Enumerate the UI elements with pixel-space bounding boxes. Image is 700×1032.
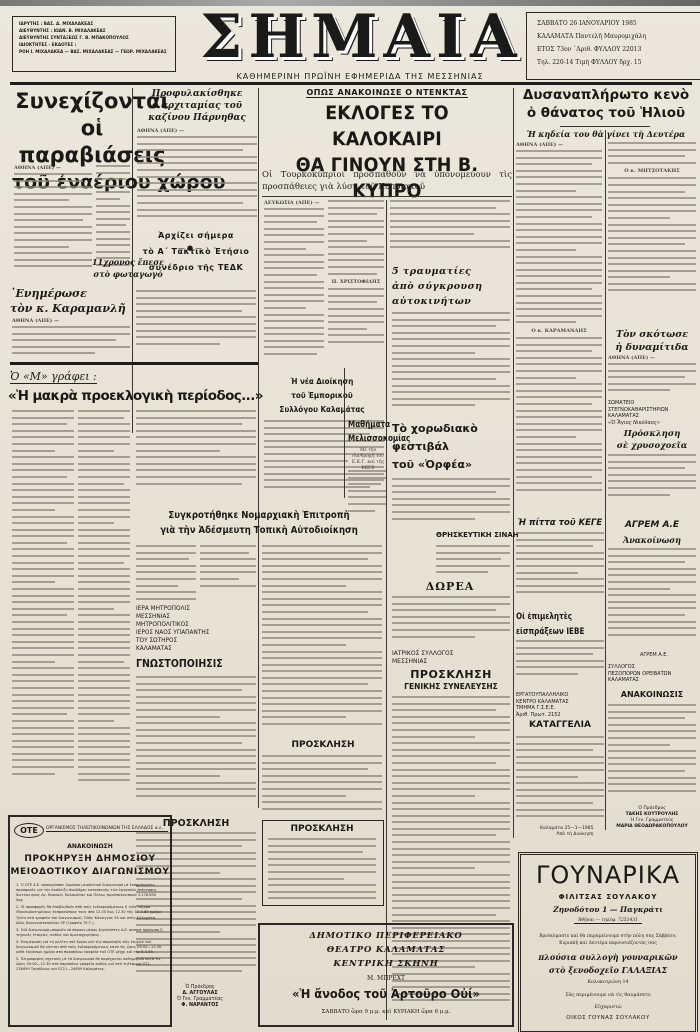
metropolis-header: ΙΕΡΑ ΜΗΤΡΟΠΟΛΙΣ ΜΕΣΣΗΝΙΑΣ ΜΗΤΡΟΠΟΛΙΤΙΚΟΣ…: [136, 605, 256, 653]
drycleaners-union: ΣΩΜΑΤΕΙΟ ΣΤΕΓΝΟΚΑΘΑΡΙΣΤΗΡΙΩΝ ΚΑΛΑΜΑΤΑΣ «…: [608, 400, 696, 426]
ote-announcement-label: ΑΝΑΚΟΙΝΩΣΗ: [10, 843, 170, 850]
theatre-play-title: «Ἡ ἄνοδος τοῦ Ἀρτοῦρο Οὐί»: [266, 987, 505, 1001]
headline-merchants: Ἡ νέα Διοίκηση τοῦ Ἐμπορικοῦ Συλλόγου Κα…: [268, 375, 376, 417]
furs-advertisement: ΓΟΥΝΑΡΙΚΑ ΦΙΛΙΤΣΑΣ ΣΟΥΛΑΚΟΥ Ζηνοδότου 1 …: [518, 852, 698, 1032]
furs-owner: ΦΙΛΙΤΣΑΣ ΣΟΥΛΑΚΟΥ: [521, 893, 695, 901]
theatre-name: ΔΗΜΟΤΙΚΟ ΠΕΡΙΦΕΡΕΙΑΚΟ ΘΕΑΤΡΟ ΚΑΛΑΜΑΤΑΣ Κ…: [260, 929, 512, 971]
headline-complaint: ΚΑΤΑΓΓΕΛΙΑ: [516, 720, 604, 730]
column-rule: [513, 88, 514, 838]
furs-title: ΓΟΥΝΑΡΙΚΑ: [521, 861, 695, 889]
headline-ilios-death: Δυσαναπλήρωτο κενὸ ὁ θάνατος τοῦ Ἡλιοῦ: [514, 86, 698, 122]
owners-label: ΙΔΙΟΚΤΗΤΕΣ - ΕΚΔΟΤΕΣ :: [19, 41, 169, 48]
article-body-goldsmiths: [608, 454, 696, 504]
article-body-choir: [392, 478, 510, 526]
headline-doctors-invitation: ΠΡΟΣΚΛΗΣΗ: [392, 668, 510, 681]
editor-line: ΔΙΕΥΘΥΝΤΗΣ ΣΥΝΤΑΞΕΩΣ Γ. Β. ΜΠΑΚΟΠΟΥΛΟΣ: [19, 34, 169, 41]
center-subhead: Οἱ Τουρκοκύπριοι προσπαθοῦν νὰ ὑπονομεύο…: [262, 169, 512, 193]
headline-donation: ΔΩΡΕΑ: [390, 580, 510, 593]
issue-number: ΕΤΟΣ 73ον ᾿Αριθ. ΦΥΛΛΟΥ 22013: [537, 43, 697, 56]
article-body-invitation-col3: [262, 755, 382, 815]
furs-phone: Ἀθῆναι — τηλέφ. 7251431: [521, 918, 695, 923]
furs-signature: ΟΙΚΟΣ ΓΟΥΝΑΣ ΣΟΥΛΑΚΟΥ: [521, 1015, 695, 1021]
article-body-casino: ΑΘΗΝΑ (ΑΠΕ) —: [137, 128, 257, 223]
director-line: ΔΙΕΥΘΥΝΤΗΣ : ΙΩΑΝ. Β. ΜΙΧΑΛΑΚΕΑΣ: [19, 27, 169, 34]
headline-religious: ΘΡΗΣΚΕΥΤΙΚΗ ΣΙΝΑΗ: [436, 531, 511, 539]
workers-center: ΕΡΓΑΤΟΥΠΑΛΛΗΛΙΚΟ ΚΕΝΤΡΟ ΚΑΛΑΜΑΤΑΣ ΤΜΗΜΑ …: [516, 692, 604, 718]
article-body-kege: [516, 532, 604, 602]
furs-thanks: Εὐχαριστώ: [521, 1005, 695, 1010]
masthead-date-box: ΣΑΒΒΑΤΟ 26 ΙΑΝΟΥΑΡΙΟΥ 1985 ΚΑΛΑΜΑΤΑ Παντ…: [526, 12, 700, 80]
mountaineers-signers: Ὁ Πρόεδρος ΤΑΚΗΣ ΚΟΥΤΡΟΥΛΗΣ Ἡ Γεν. Γραμμ…: [608, 806, 696, 830]
article-body-cyprus-3: [390, 200, 510, 260]
article-body-karamanlis: ΑΘΗΝΑ (ΑΠΕ) —: [12, 318, 130, 358]
headline-announcement: ΓΝΩΣΤΟΠΟΙΗΣΙΣ: [136, 658, 244, 670]
article-body-pre-election-2: [78, 410, 130, 800]
ote-logo: ΟΤΕ: [14, 823, 44, 838]
article-body-invitation-box: [268, 838, 376, 902]
article-body-complaint: [516, 736, 604, 826]
founder-line: ΙΔΡΥΤΗΣ : ΒΑΣ. Δ. ΜΙΧΑΛΑΚΕΑΣ: [19, 20, 169, 27]
headline-invitation-box: ΠΡΟΣΚΛΗΣΗ: [262, 824, 382, 834]
headline-agrem: ΑΓΡΕΜ Α.Ε: [608, 520, 696, 530]
issue-date: ΣΑΒΒΑΤΟ 26 ΙΑΝΟΥΑΡΙΟΥ 1985: [537, 17, 697, 30]
ote-terms: 1. Ὁ ΟΤΕ Α.Ε. προκηρύσσει δημόσιο μειοδο…: [16, 883, 164, 973]
article-body-cyprus-1: ΛΕΥΚΩΣΙΑ (ΑΠΕ) —: [264, 200, 324, 365]
doctors-subhead: ΓΕΝΙΚΗΣ ΣΥΝΕΛΕΥΣΗΣ: [392, 682, 510, 691]
doctors-association: ΙΑΤΡΙΚΟΣ ΣΥΛΛΟΓΟΣ ΜΕΣΣΗΝΙΑΣ: [392, 650, 510, 666]
article-body-mountaineers: [608, 704, 696, 804]
section-rule: [560, 126, 650, 127]
section-rule: [10, 362, 258, 365]
furs-invite: Σᾶς περιμένουμε νὰ τὶς θαυμάσετε: [521, 993, 695, 998]
column-rule: [605, 130, 606, 830]
article-body-committee: [136, 545, 196, 605]
article-body-metropolis: [136, 676, 256, 806]
article-body-pre-election: [12, 410, 74, 800]
headline-ieve: Οἱ ἐπιμελητὲς εἰσπράξεων ΙΕΒΕ: [516, 610, 591, 640]
column-rule: [386, 200, 387, 1020]
theatre-schedule: ΣΑΒΒΑΤΟ ὥρα 9 μ.μ. καὶ ΚΥΡΙΑΚΗ ὥρα 6 μ.μ…: [260, 1009, 512, 1015]
newspaper-title: ΣΗΜΑΙΑ: [200, 6, 520, 68]
column-kicker: Ὁ «Μ» γράφει :: [10, 370, 97, 384]
article-body-committee-2: [200, 545, 256, 605]
headline-karamanlis: ᾿Ενημέρωσε τὸν κ. Καραμανλῆ: [10, 286, 130, 316]
owners-line: ΡΟΗ Ι. ΜΙΧΑΛΑΚΕΑ — ΒΑΣ. ΜΙΧΑΛΑΚΕΑΣ — ΓΕΩ…: [19, 48, 169, 55]
article-body-agrem: [608, 548, 696, 648]
headline-traffic: 5 τραυματίες ἀπὸ σύγκρουση αὐτοκινήτων: [392, 264, 510, 309]
article-body-ieve: [516, 640, 604, 685]
agrem-signature: ΑΓΡΕΜ Α.Ε.: [640, 652, 668, 658]
column-rule: [344, 368, 345, 498]
ote-organization: ΟΡΓΑΝΙΣΜΟΣ ΤΗΛΕΠΙΚΟΙΝΩΝΙΩΝ ΤΗΣ ΕΛΛΑΔΟΣ α…: [46, 826, 168, 832]
furs-address: Ζηνοδότου 1 — Παγκράτι: [521, 905, 695, 914]
furs-intro: Βρισκόμαστε καὶ θὰ παραμείνουμε στὴν πόλ…: [533, 933, 683, 947]
newspaper-subtitle: ΚΑΘΗΜΕΡΙΝΗ ΠΡΩΪΝΗ ΕΦΗΜΕΡΙΔΑ ΤΗΣ ΜΕΣΣΗΝΙΑ…: [200, 72, 520, 81]
headline-mountaineers-notice: ΑΝΑΚΟΙΝΩΣΙΣ: [608, 690, 696, 699]
headline-pre-election: «Ἡ μακρὰ προεκλογικὴ περίοδος...»: [8, 388, 258, 404]
theatre-advertisement: ΔΗΜΟΤΙΚΟ ΠΕΡΙΦΕΡΕΙΑΚΟ ΘΕΑΤΡΟ ΚΑΛΑΜΑΤΑΣ Κ…: [258, 923, 514, 1027]
headline-beekeeping: Μαθήματα Μελισσοκομίας: [348, 418, 382, 446]
masthead-staff-box: ΙΔΡΥΤΗΣ : ΒΑΣ. Δ. ΜΙΧΑΛΑΚΕΑΣ ΔΙΕΥΘΥΝΤΗΣ …: [12, 16, 176, 72]
column-rule: [258, 88, 259, 808]
article-body-committee-3: [262, 545, 382, 735]
agrem-subhead: Ἀνακοίνωση: [608, 535, 696, 545]
complaint-signoff: Καλαμάτα 25—1—1985 Ἀπὸ τὴ Διοίκηση: [540, 826, 594, 838]
mountaineers-club: ΣΥΛΛΟΓΟΣ ΠΕΖΟΠΟΡΩΝ ΟΡΕΙΒΑΤΩΝ ΚΑΛΑΜΑΤΑΣ: [608, 664, 696, 684]
section-rule: [262, 196, 512, 197]
headline-public-tender: ΠΡΟΚΗΡΥΞΗ ΔΗΜΟΣΙΟΥ ΜΕΙΟΔΟΤΙΚΟΥ ΔΙΑΓΩΝΙΣΜ…: [10, 853, 170, 879]
newspaper-page: ΙΔΡΥΤΗΣ : ΒΑΣ. Δ. ΜΙΧΑΛΑΚΕΑΣ ΔΙΕΥΘΥΝΤΗΣ …: [0, 0, 700, 1032]
article-body-ilios: ΑΘΗΝΑ (ΑΠΕ) — Ο κ. ΚΑΡΑΜΑΝΛΗΣ: [516, 142, 602, 512]
headline-choir-festival: Τὸ χορωδιακὸ φεστιβάλ τοῦ «Ὀρφέα»: [392, 420, 510, 474]
furs-collection: πλούσια συλλογὴ γουναρικῶν στὸ ξενοδοχεῖ…: [521, 951, 695, 977]
article-body-pre-election-3: [136, 410, 256, 490]
furs-street: Κολοκοτρώνη 14: [521, 980, 695, 985]
headline-invitation-goldsmiths: Πρόσκληση σὲ χρυσοχοεῖα: [607, 428, 697, 452]
headline-dynamite: Τὸν σκότωσε ἡ δυναμίτιδα: [607, 328, 697, 354]
article-body-airspace: ΑΘΗΝΑ (ΑΠΕ) —: [14, 165, 92, 275]
article-body-traffic: [392, 312, 510, 417]
headline-kege-pie: Ἡ πίττα τοῦ ΚΕΓΕ: [516, 518, 604, 528]
article-body-cyprus-2: Π. ΧΡΙΣΤΟΦΙΔΗΣ: [328, 200, 384, 365]
article-body-religious: [436, 545, 510, 575]
headline-boy-fell-main: 11χρονος ἔπεσε στὸ φωταγωγό: [88, 256, 168, 280]
ote-advertisement: ΟΤΕ ΟΡΓΑΝΙΣΜΟΣ ΤΗΛΕΠΙΚΟΙΝΩΝΙΩΝ ΤΗΣ ΕΛΛΑΔ…: [8, 815, 172, 1027]
theatre-author: Μ. ΜΠΡΕΧΤ: [260, 975, 512, 982]
issue-address: ΚΑΛΑΜΑΤΑ Παντελῆ Μαυρομιχάλη: [537, 30, 697, 43]
article-body-ilios-2: Ο κ. ΜΗΤΣΟΤΑΚΗΣ: [608, 142, 696, 292]
center-kicker: ΟΠΩΣ ΑΝΑΚΟΙΝΩΣΕ Ο ΝΤΕΝΚΤΑΣ: [262, 88, 512, 97]
headline-invitation-col3: ΠΡΟΣΚΛΗΣΗ: [262, 740, 384, 750]
article-body-dynamite: ΑΘΗΝΑ (ΑΠΕ) —: [608, 355, 696, 400]
article-body-donation: [392, 596, 510, 646]
issue-price: Τηλ. 220-14 Τιμὴ ΦΥΛΛΟΥ δρχ. 15: [537, 56, 697, 69]
subhead-funeral: Ἡ κηδεία του θὰ γίνει τὴ Δευτέρα: [514, 129, 698, 139]
beekeeping-deck: Μὲ τὴν συνδρομὴ τοῦ Ε.Κ.Γ. καὶ τῆς ΕΚΓΕ: [350, 448, 386, 472]
article-body-stairwell: [136, 290, 256, 352]
headline-casino: Προφυλακίσθηκε ὁ ἀρχιταμίας τοῦ καζίνου …: [136, 88, 258, 124]
headline-committee: Συγκροτήθηκε Νομαρχιακὴ Ἐπιτροπὴ γιὰ τὴν…: [147, 508, 372, 538]
masthead-rule: [10, 82, 692, 85]
